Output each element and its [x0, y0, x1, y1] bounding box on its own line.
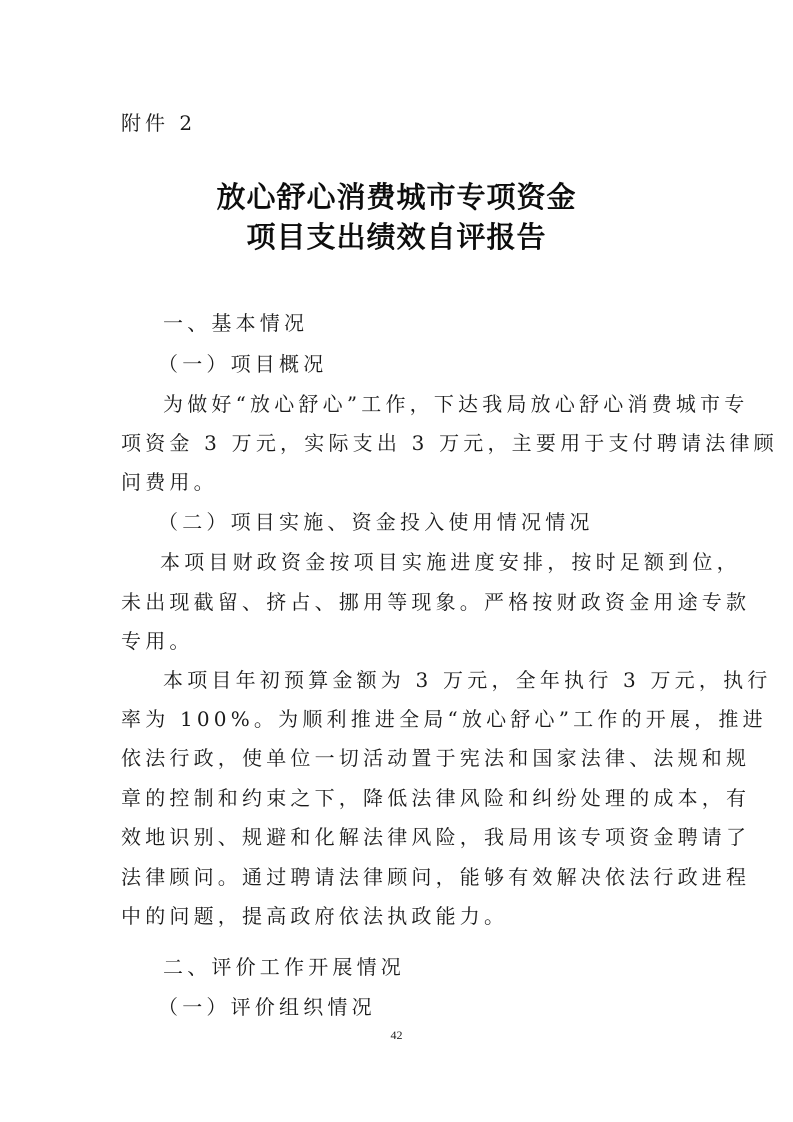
subsection-heading-implementation: （二）项目实施、资金投入使用情况情况 — [158, 510, 594, 534]
paragraph-line: 章的控制和约束之下，降低法律风险和纠纷处理的成本，有 — [121, 786, 750, 810]
paragraph-line: 未出现截留、挤占、挪用等现象。严格按财政资金用途专款 — [121, 590, 750, 614]
document-title-line-2: 项目支出绩效自评报告 — [0, 220, 793, 254]
document-title-line-1: 放心舒心消费城市专项资金 — [0, 180, 793, 214]
paragraph-line: 专用。 — [121, 629, 194, 653]
document-page: 附件 2 放心舒心消费城市专项资金 项目支出绩效自评报告 一、基本情况 （一）项… — [0, 0, 793, 1122]
paragraph-line: 本项目财政资金按项目实施进度安排，按时足额到位， — [160, 550, 741, 574]
paragraph-line: 本项目年初预算金额为 3 万元，全年执行 3 万元，执行 — [163, 668, 771, 692]
paragraph-line: 为做好“放心舒心”工作，下达我局放心舒心消费城市专 — [163, 392, 748, 416]
paragraph-line: 问费用。 — [121, 470, 218, 494]
subsection-heading-project-overview: （一）项目概况 — [158, 352, 327, 376]
section-heading-evaluation-work: 二、评价工作开展情况 — [163, 955, 405, 979]
paragraph-line: 依法行政，使单位一切活动置于宪法和国家法律、法规和规 — [121, 746, 750, 770]
paragraph-line: 法律顾问。通过聘请法律顾问，能够有效解决依法行政进程 — [121, 865, 750, 889]
paragraph-line: 效地识别、规避和化解法律风险，我局用该专项资金聘请了 — [121, 825, 750, 849]
paragraph-line: 项资金 3 万元，实际支出 3 万元，主要用于支付聘请法律顾 — [121, 431, 778, 455]
section-heading-basic-info: 一、基本情况 — [163, 311, 308, 335]
paragraph-line: 率为 100%。为顺利推进全局“放心舒心”工作的开展，推进 — [121, 707, 767, 731]
page-number: 42 — [0, 1028, 793, 1042]
paragraph-line: 中的问题，提高政府依法执政能力。 — [121, 904, 508, 928]
subsection-heading-evaluation-organization: （一）评价组织情况 — [158, 995, 376, 1019]
attachment-label: 附件 2 — [121, 111, 196, 135]
